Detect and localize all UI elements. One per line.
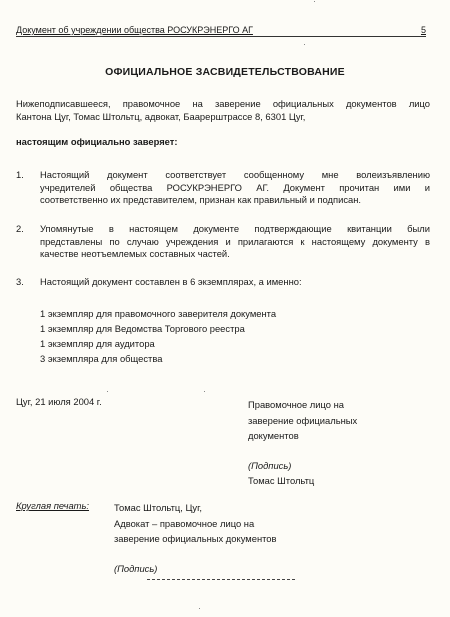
item-2-body: Упомянутые в настоящем документе подтвер…: [40, 223, 430, 261]
scan-speck: [107, 391, 108, 392]
official-title-line-1: Правомочное лицо на: [248, 397, 357, 413]
item-3-body: Настоящий документ составлен в 6 экземпл…: [40, 276, 430, 289]
item-1-line-3: соответственно их представителем, призна…: [40, 194, 430, 207]
copy-item: 1 экземпляр для аудитора: [40, 336, 276, 351]
copy-item: 3 экземпляра для общества: [40, 351, 276, 366]
scan-speck: [204, 391, 205, 392]
copy-item: 1 экземпляр для правомочного заверителя …: [40, 306, 276, 321]
official-signature-block: Правомочное лицо на заверение официальны…: [248, 397, 357, 489]
official-signature-label: (Подпись): [248, 458, 357, 474]
intro-line-2: Кантона Цуг, Томас Штольтц, адвокат, Баа…: [16, 111, 430, 124]
item-3-number: 3.: [16, 276, 24, 289]
signature-line: [147, 579, 295, 580]
official-name: Томас Штольтц: [248, 473, 357, 489]
seal-label: Круглая печать:: [16, 500, 89, 513]
scan-speck: [314, 1, 315, 2]
document-title: ОФИЦИАЛЬНОЕ ЗАСВИДЕТЕЛЬСТВОВАНИЕ: [0, 66, 450, 79]
item-1-line-1: Настоящий документ соответствует сообщен…: [40, 169, 430, 182]
official-title-line-3: документов: [248, 428, 357, 444]
seal-line-2: Адвокат – правомочное лицо на: [114, 516, 277, 532]
intro-paragraph: Нижеподписавшееся, правомочное на завере…: [16, 98, 430, 123]
seal-signature-label: (Подпись): [114, 561, 277, 577]
seal-block: Томас Штольтц, Цуг, Адвокат – правомочно…: [114, 500, 277, 576]
item-2-line-2: представлены по случаю учреждения и прил…: [40, 236, 430, 249]
scan-speck: [304, 44, 305, 45]
certifies-heading: настоящим официально заверяет:: [16, 136, 430, 149]
seal-line-3: заверение официальных документов: [114, 531, 277, 547]
header-title: Документ об учреждении общества РОСУКРЭН…: [16, 25, 253, 36]
item-2-line-3: качестве неотъемлемых составных частей.: [40, 248, 430, 261]
page-number: 5: [421, 25, 426, 36]
page-header: Документ об учреждении общества РОСУКРЭН…: [16, 25, 426, 37]
item-1-line-2: учредителей общества РОСУКРЭНЕРГО АГ. До…: [40, 182, 430, 195]
item-1-number: 1.: [16, 169, 24, 182]
place-date: Цуг, 21 июля 2004 г.: [16, 396, 102, 409]
copies-list: 1 экземпляр для правомочного заверителя …: [40, 306, 276, 366]
seal-line-1: Томас Штольтц, Цуг,: [114, 500, 277, 516]
item-2-line-1: Упомянутые в настоящем документе подтвер…: [40, 223, 430, 236]
intro-line-1: Нижеподписавшееся, правомочное на завере…: [16, 98, 430, 111]
copy-item: 1 экземпляр для Ведомства Торгового реес…: [40, 321, 276, 336]
official-title-line-2: заверение официальных: [248, 413, 357, 429]
item-3-line-1: Настоящий документ составлен в 6 экземпл…: [40, 276, 430, 289]
item-1-body: Настоящий документ соответствует сообщен…: [40, 169, 430, 207]
scan-speck: [199, 608, 200, 609]
item-2-number: 2.: [16, 223, 24, 236]
